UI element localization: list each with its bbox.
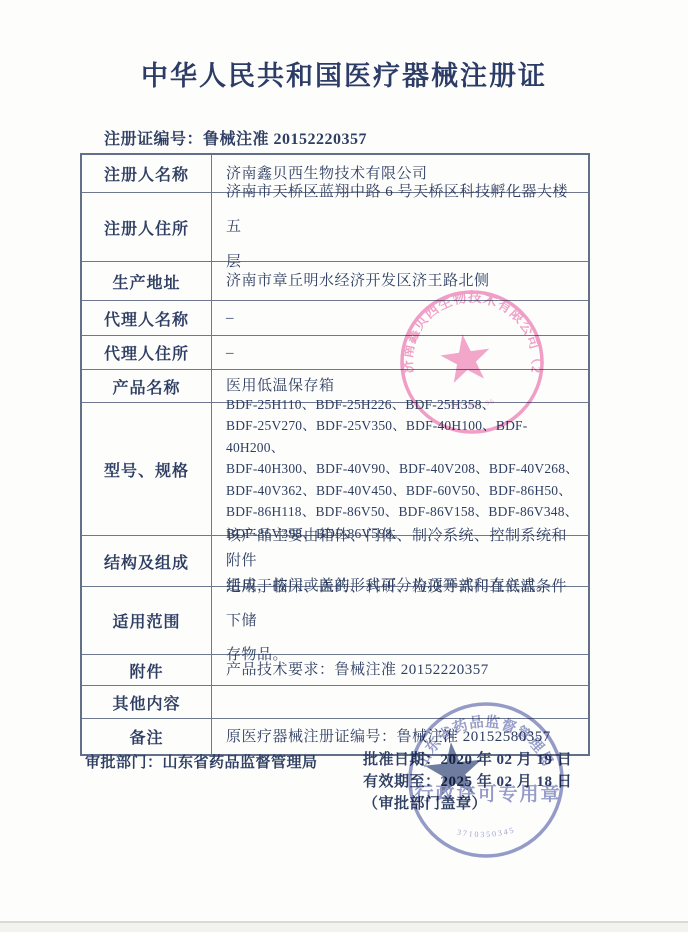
- row-value: [212, 686, 588, 718]
- registration-number-line: 注册证编号：鲁械注准 20152220357: [104, 126, 367, 149]
- row-value: 产品技术要求：鲁械注准 20152220357: [212, 655, 588, 685]
- registration-number-value: 鲁械注准 20152220357: [203, 131, 367, 148]
- row-value: 济南市天桥区蓝翔中路 6 号天桥区科技孵化器大楼五 层: [212, 193, 588, 261]
- approval-date-line: 批准日期：2020 年 02 月 19 日: [363, 749, 572, 771]
- row-value: –: [212, 301, 588, 335]
- row-label: 适用范围: [82, 587, 212, 654]
- certificate-table: 注册人名称 济南鑫贝西生物技术有限公司 注册人住所 济南市天桥区蓝翔中路 6 号…: [80, 153, 590, 756]
- row-value: 济南市章丘明水经济开发区济王路北侧: [212, 262, 588, 300]
- table-row-scope-of-use: 适用范围 适用于临床、医药、科研、检疫等部门在低温条件下储 存物品。: [82, 586, 588, 654]
- row-value: –: [212, 336, 588, 369]
- svg-text:3710350345: 3710350345: [456, 825, 516, 839]
- row-label: 注册人住所: [82, 193, 212, 261]
- approval-department-label: 审批部门：: [85, 755, 163, 771]
- approval-date-value: 2020 年 02 月 19 日: [441, 752, 573, 768]
- approval-dates-block: 批准日期：2020 年 02 月 19 日 有效期至：2025 年 02 月 1…: [363, 749, 572, 815]
- registration-number-label: 注册证编号：: [104, 131, 203, 148]
- valid-until-label: 有效期至：: [363, 774, 441, 790]
- row-label: 代理人名称: [82, 301, 212, 335]
- row-label: 备注: [82, 719, 212, 754]
- table-row-other-content: 其他内容: [82, 685, 588, 718]
- row-label: 生产地址: [82, 262, 212, 300]
- page-bottom-band: [0, 923, 688, 932]
- table-row-registrant-address: 注册人住所 济南市天桥区蓝翔中路 6 号天桥区科技孵化器大楼五 层: [82, 192, 588, 261]
- row-label: 附件: [82, 655, 212, 685]
- table-row-agent-name: 代理人名称 –: [82, 300, 588, 335]
- row-value: 适用于临床、医药、科研、检疫等部门在低温条件下储 存物品。: [212, 587, 588, 654]
- approval-seal-serial: 3710350345: [456, 825, 516, 839]
- row-label: 型号、规格: [82, 403, 212, 535]
- table-row-attachments: 附件 产品技术要求：鲁械注准 20152220357: [82, 654, 588, 685]
- row-label: 注册人名称: [82, 155, 212, 192]
- valid-until-value: 2025 年 02 月 18 日: [441, 774, 573, 790]
- table-row-models-specs: 型号、规格 BDF-25H110、BDF-25H226、BDF-25H358、 …: [82, 402, 588, 535]
- row-value: BDF-25H110、BDF-25H226、BDF-25H358、 BDF-25…: [212, 403, 588, 535]
- approval-department-line: 审批部门：山东省药品监督管理局: [85, 751, 318, 772]
- approval-department-value: 山东省药品监督管理局: [163, 755, 318, 771]
- row-label: 产品名称: [82, 370, 212, 402]
- row-label: 代理人住所: [82, 336, 212, 369]
- certificate-page: 中华人民共和国医疗器械注册证 注册证编号：鲁械注准 20152220357 注册…: [0, 0, 688, 932]
- row-label: 其他内容: [82, 686, 212, 718]
- stamp-note-line: （审批部门盖章）: [363, 793, 572, 815]
- row-label: 结构及组成: [82, 536, 212, 586]
- approval-date-label: 批准日期：: [363, 752, 441, 768]
- table-row-agent-address: 代理人住所 –: [82, 335, 588, 369]
- table-row-production-address: 生产地址 济南市章丘明水经济开发区济王路北侧: [82, 261, 588, 300]
- certificate-title: 中华人民共和国医疗器械注册证: [0, 54, 688, 93]
- valid-until-line: 有效期至：2025 年 02 月 18 日: [363, 771, 572, 793]
